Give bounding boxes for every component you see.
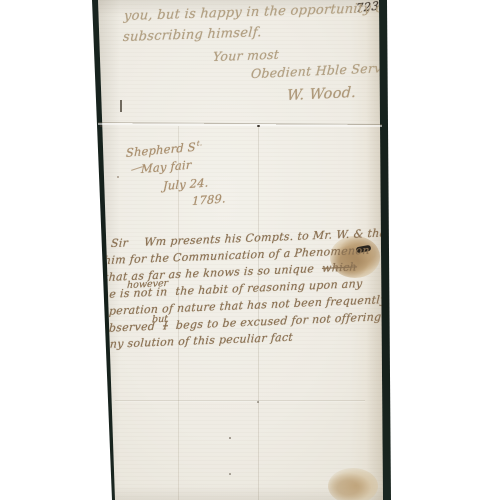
address-district: May fair [141, 158, 192, 176]
closing-obedient-servant: Obedient Hble Servd. [251, 60, 392, 82]
closing-obedient-text: Obedient Hble Serv [251, 60, 383, 81]
address-street-text: Shepherd S [126, 140, 196, 160]
closing-line-2: subscribing himself. [122, 25, 262, 45]
address-street-superscript: t. [197, 138, 203, 148]
salutation: Sir [111, 236, 129, 250]
closing-line-1: you, but is happy in the opportunity of [123, 1, 389, 24]
letter-date: July 24. [163, 175, 209, 193]
struck-out-word: which [322, 260, 358, 275]
word-gap [128, 246, 144, 247]
inserted-word-but: but [152, 314, 169, 326]
signature: W. Wood. [287, 85, 357, 104]
closing-your-most: Your most [212, 47, 279, 64]
inserted-word-however: however [127, 278, 169, 291]
handwriting-layer: 723 you, but is happy in the opportunity… [0, 0, 500, 500]
letter-photograph: 723 you, but is happy in the opportunity… [0, 0, 500, 500]
body-line-6-pre: observed [102, 320, 156, 335]
ink-speck [100, 125, 102, 127]
letter-year: 1789. [192, 191, 226, 208]
